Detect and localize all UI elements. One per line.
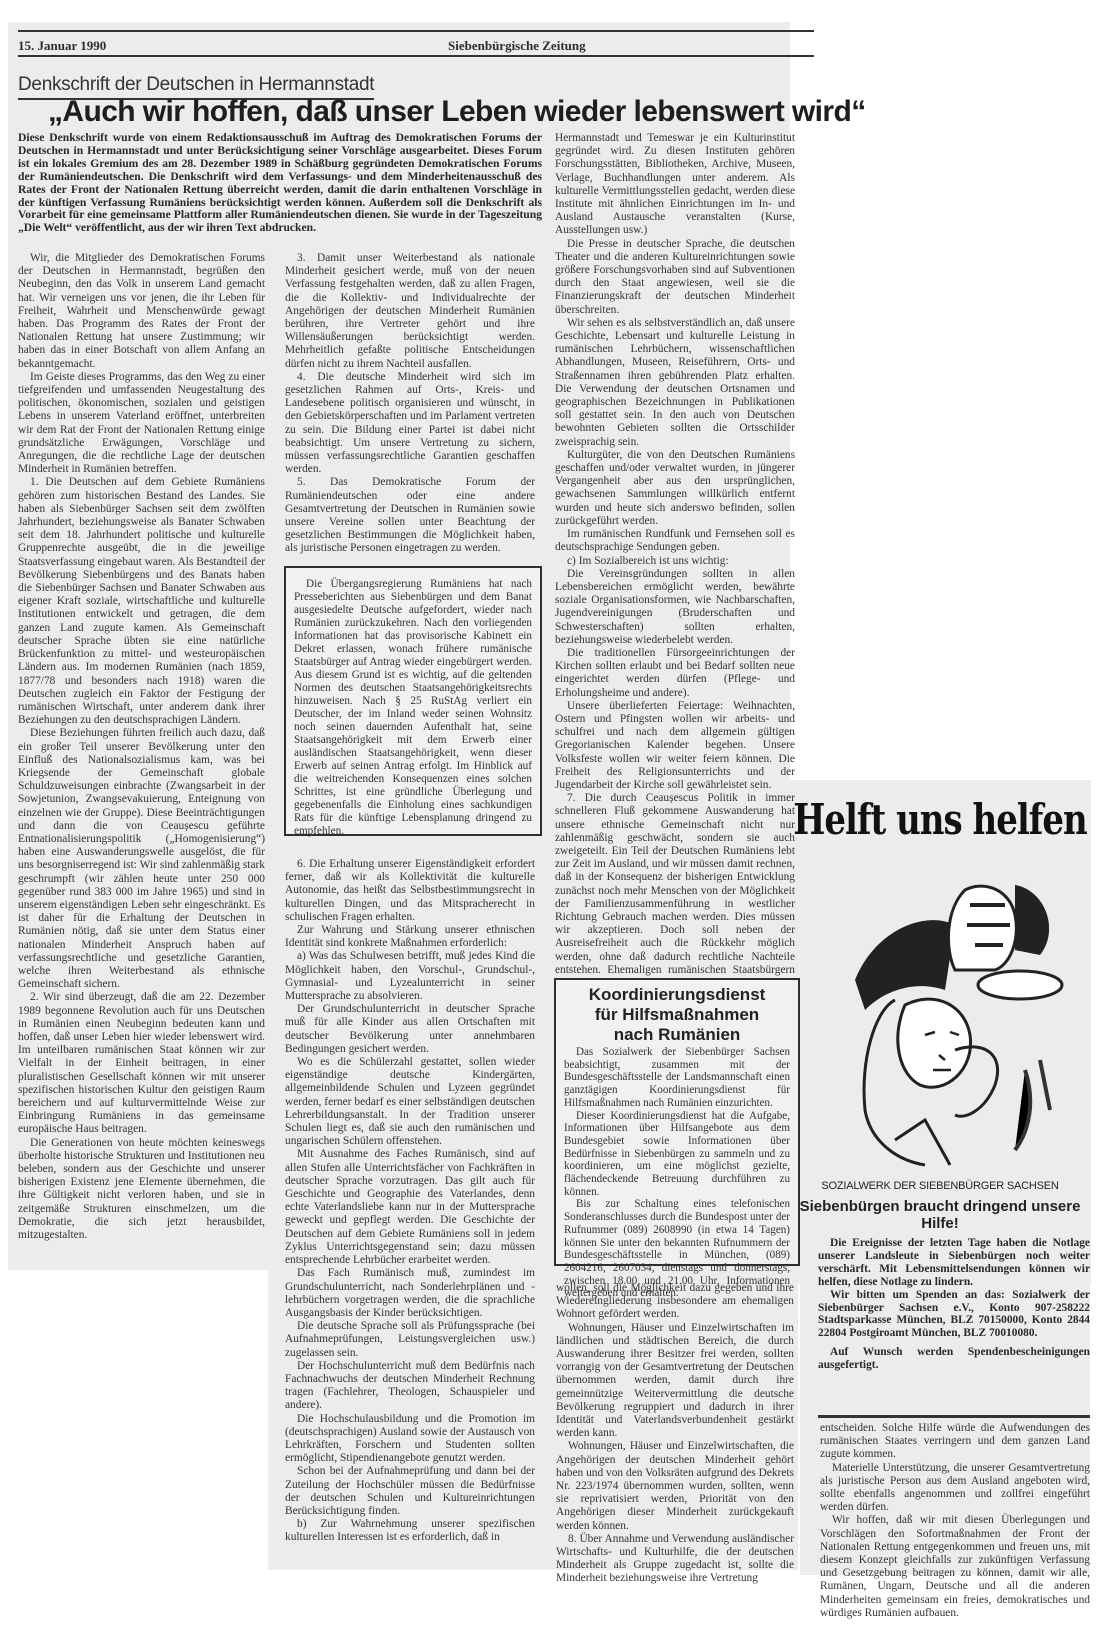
article-column-4-continuation: entscheiden. Solche Hilfe würde die Aufw…: [820, 1422, 1090, 1620]
masthead-rule-top: [18, 30, 814, 32]
paragraph: 2. Wir sind überzeugt, daß die am 22. De…: [18, 991, 265, 1136]
paragraph: a) Was das Schulwesen betrifft, muß jede…: [285, 950, 535, 1003]
paragraph: Wir sehen es als selbstverständlich an, …: [555, 317, 795, 449]
paragraph: Mit Ausnahme des Faches Rumänisch, sind …: [285, 1148, 535, 1267]
illustration-icon: [835, 870, 1065, 1170]
article-headline: „Auch wir hoffen, daß unser Leben wieder…: [48, 95, 808, 129]
paragraph: 8. Über Annahme und Verwendung ausländis…: [556, 1533, 794, 1586]
paragraph: Wir bitten um Spenden an das: Sozialwerk…: [818, 1289, 1090, 1341]
paragraph: Diese Beziehungen führten freilich auch …: [18, 727, 265, 991]
paragraph: entscheiden. Solche Hilfe würde die Aufw…: [820, 1422, 1090, 1462]
paragraph: Kulturgüter, die von den Deutschen Rumän…: [555, 449, 795, 528]
paragraph: Dieser Koordinierungsdienst hat die Aufg…: [564, 1110, 790, 1199]
article-column-2-bottom: 6. Die Erhaltung unserer Eigenständigkei…: [285, 858, 535, 1545]
masthead-newspaper: Siebenbürgische Zeitung: [448, 38, 586, 54]
paragraph: 3. Damit unser Weiterbestand als nationa…: [285, 252, 535, 371]
paragraph: c) Im Sozialbereich ist uns wichtig:: [555, 555, 795, 568]
paragraph: 5. Das Demokratische Forum der Rumäniend…: [285, 476, 535, 555]
paragraph: Der Hochschulunterricht muß dem Bedürfni…: [285, 1360, 535, 1413]
coordination-title-line-2: für Hilfsmaßnahmen: [564, 1006, 790, 1024]
paragraph: Die Presse in deutscher Sprache, die deu…: [555, 238, 795, 317]
paragraph: Das Fach Rumänisch muß, zumindest im Gru…: [285, 1267, 535, 1320]
article-column-3-bottom: wollen, soll die Möglichkeit dazu gegebe…: [556, 1282, 794, 1586]
paragraph: Die traditionellen Fürsorgeeinrichtungen…: [555, 647, 795, 700]
masthead-date: 15. Januar 1990: [18, 38, 106, 54]
paragraph: Wohnungen, Häuser und Einzelwirtschaften…: [556, 1322, 794, 1441]
article-column-2-top: 3. Damit unser Weiterbestand als nationa…: [285, 252, 535, 556]
coordination-service-box: Koordinierungsdienst für Hilfsmaßnahmen …: [554, 978, 800, 1266]
ad-title: Helft uns helfen: [790, 795, 1090, 845]
woman-carrying-jug-illustration: [835, 870, 1065, 1170]
paragraph: Wo es die Schülerzahl gestattet, sollen …: [285, 1056, 535, 1148]
paragraph: Die Ereignisse der letzten Tage haben di…: [818, 1237, 1090, 1289]
paragraph: Die Generationen von heute möchten keine…: [18, 1137, 265, 1243]
paragraph: Der Grundschulunterricht in deutscher Sp…: [285, 1003, 535, 1056]
ad-divider: [818, 1415, 1090, 1418]
paragraph: Unsere überlieferten Feiertage: Weihnach…: [555, 700, 795, 792]
article-column-1: Wir, die Mitglieder des Demokratischen F…: [18, 252, 265, 1242]
ad-body: Die Ereignisse der letzten Tage haben di…: [818, 1237, 1090, 1372]
paragraph: Im Geiste dieses Programms, das den Weg …: [18, 371, 265, 477]
paragraph: Die deutsche Sprache soll als Prüfungssp…: [285, 1320, 535, 1360]
citizenship-notice-text: Die Übergangsregierung Rumäniens hat nac…: [294, 578, 532, 838]
ad-organization: SOZIALWERK DER SIEBENBÜRGER SACHSEN: [790, 1180, 1090, 1192]
paragraph: Wir hoffen, daß wir mit diesen Überlegun…: [820, 1514, 1090, 1620]
article-column-3-top: Hermannstadt und Temeswar je ein Kulturi…: [555, 132, 795, 990]
paragraph: 7. Die durch Ceaușescus Politik in immer…: [555, 792, 795, 990]
paragraph: Zur Wahrung und Stärkung unserer ethnisc…: [285, 924, 535, 950]
paragraph: Auf Wunsch werden Spendenbescheinigungen…: [818, 1346, 1090, 1372]
article-intro: Diese Denkschrift wurde von einem Redakt…: [18, 132, 542, 235]
coordination-title-line-1: Koordinierungsdienst: [564, 986, 790, 1004]
paragraph: 1. Die Deutschen auf dem Gebiete Rumänie…: [18, 476, 265, 727]
coordination-title-line-3: nach Rumänien: [564, 1026, 790, 1044]
masthead-rule-bottom: [18, 55, 814, 57]
ad-headline: Siebenbürgen braucht dringend unsere Hil…: [790, 1198, 1090, 1232]
paragraph: Das Sozialwerk der Siebenbürger Sachsen …: [564, 1046, 790, 1110]
paragraph: Wohnungen, Häuser und Einzelwirtschaften…: [556, 1440, 794, 1532]
paragraph: Schon bei der Aufnahmeprüfung und dann b…: [285, 1465, 535, 1518]
paragraph: Wir, die Mitglieder des Demokratischen F…: [18, 252, 265, 371]
paragraph: b) Zur Wahrnehmung unserer spezifischen …: [285, 1518, 535, 1544]
paragraph: Die Vereinsgründungen sollten in allen L…: [555, 568, 795, 647]
paragraph: Materielle Unterstützung, die unserer Ge…: [820, 1462, 1090, 1515]
paragraph: wollen, soll die Möglichkeit dazu gegebe…: [556, 1282, 794, 1322]
paragraph: Die Hochschulausbildung und die Promotio…: [285, 1413, 535, 1466]
paragraph: Hermannstadt und Temeswar je ein Kulturi…: [555, 132, 795, 238]
paragraph: 6. Die Erhaltung unserer Eigenständigkei…: [285, 858, 535, 924]
citizenship-notice-box: Die Übergangsregierung Rumäniens hat nac…: [284, 566, 542, 836]
paragraph: 4. Die deutsche Minderheit wird sich im …: [285, 371, 535, 477]
paragraph: Im rumänischen Rundfunk und Fernsehen so…: [555, 528, 795, 554]
